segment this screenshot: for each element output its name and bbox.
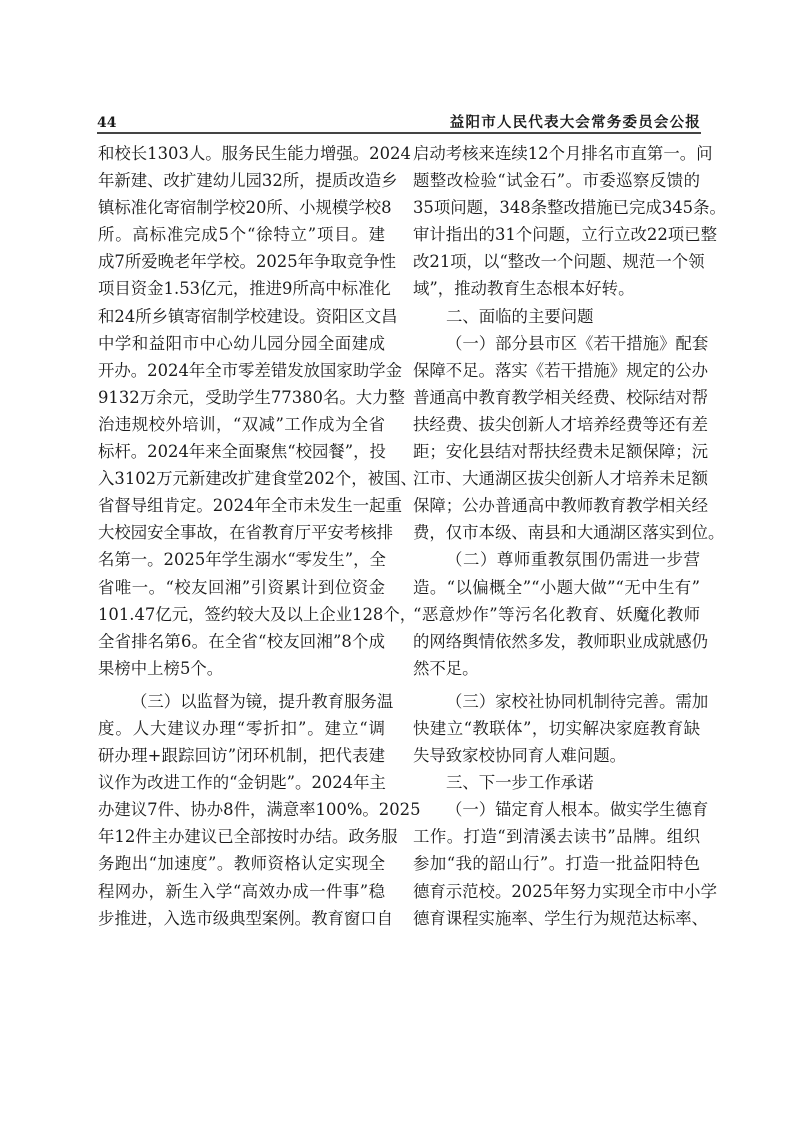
right-column: 启动考核来连续12个月排名市直第一。问 题整改检验“试金石”。市委巡察反馈的 3…: [413, 140, 700, 932]
text-line: 费，仅市本级、南县和大通湖区落实到位。: [413, 519, 700, 546]
text-line: 题整改检验“试金石”。市委巡察反馈的: [413, 167, 700, 194]
text-line: 所。高标准完成5个“徐特立”项目。建: [98, 221, 385, 248]
text-line: 大校园安全事故，在省教育厅平安考核排: [98, 519, 385, 546]
text-line: 镇标准化寄宿制学校20所、小规模学校8: [98, 194, 385, 221]
text-line: 失导致家校协同育人难问题。: [413, 742, 700, 769]
text-line: 9132万余元，受助学生77380名。大力整: [98, 384, 385, 411]
text-line: 域”，推动教育生态根本好转。: [413, 275, 700, 302]
text-line: 年新建、改扩建幼儿园32所，提质改造乡: [98, 167, 385, 194]
text-line: 议作为改进工作的“金钥匙”。2024年主: [98, 769, 385, 796]
text-line: 工作。打造“到清溪去读书”品牌。组织: [413, 823, 700, 850]
text-line: “恶意炒作”等污名化教育、妖魔化教师: [413, 601, 700, 628]
text-line: 度。人大建议办理“零折扣”。建立“调: [98, 715, 385, 742]
text-line: 保障；公办普通高中教师教育教学相关经: [413, 492, 700, 519]
journal-title: 益阳市人民代表大会常务委员会公报: [450, 114, 701, 132]
text-line: 入3102万元新建改扩建食堂202个，被国、: [98, 465, 385, 492]
text-line: 德育示范校。2025年努力实现全市中小学: [413, 878, 700, 905]
text-line: 扶经费、拔尖创新人才培养经费等还有差: [413, 411, 700, 438]
text-line: 办建议7件、协办8件，满意率100%。2025: [98, 796, 385, 823]
text-line: 研办理+跟踪回访”闭环机制，把代表建: [98, 742, 385, 769]
text-line: 江市、大通湖区拔尖创新人才培养未足额: [413, 465, 700, 492]
section-heading: 二、面临的主要问题: [413, 303, 700, 330]
text-line: 治违规校外培训，“双减”工作成为全省: [98, 411, 385, 438]
text-line: 成7所爱晚老年学校。2025年争取竞争性: [98, 248, 385, 275]
text-line: 标杆。2024年来全面聚焦“校园餐”，投: [98, 438, 385, 465]
text-line: 改21项，以“整改一个问题、规范一个领: [413, 248, 700, 275]
text-line: 年12件主办建议已全部按时办结。政务服: [98, 823, 385, 850]
text-line: 中学和益阳市中心幼儿园分园全面建成: [98, 330, 385, 357]
text-line: 和24所乡镇寄宿制学校建设。资阳区文昌: [98, 303, 385, 330]
header-rule: [97, 132, 701, 134]
text-line: 步推进，入选市级典型案例。教育窗口自: [98, 905, 385, 932]
text-line: 造。“以偏概全”“小题大做”“无中生有”: [413, 574, 700, 601]
text-line: 的网络舆情依然多发，教师职业成就感仍: [413, 628, 700, 655]
text-line: 快建立“教联体”，切实解决家庭教育缺: [413, 715, 700, 742]
subsection-title: （一）部分县市区《若干措施》配套: [413, 330, 700, 357]
section-title: （三）以监督为镜，提升教育服务温: [98, 688, 385, 715]
text-line: 和校长1303人。服务民生能力增强。2024: [98, 140, 385, 167]
text-line: 然不足。: [413, 655, 700, 682]
text-line: 启动考核来连续12个月排名市直第一。问: [413, 140, 700, 167]
subsection-title: （三）家校社协同机制待完善。需加: [413, 688, 700, 715]
text-line: 参加“我的韶山行”。打造一批益阳特色: [413, 850, 700, 877]
text-line: 省督导组肯定。2024年全市未发生一起重: [98, 492, 385, 519]
text-line: 距；安化县结对帮扶经费未足额保障；沅: [413, 438, 700, 465]
text-line: 务跑出“加速度”。教师资格认定实现全: [98, 850, 385, 877]
text-line: 审计指出的31个问题，立行立改22项已整: [413, 221, 700, 248]
text-line: 101.47亿元，签约较大及以上企业128个，: [98, 601, 385, 628]
text-line: 果榜中上榜5个。: [98, 655, 385, 682]
subsection-title: （一）锚定育人根本。做实学生德育: [413, 796, 700, 823]
text-line: 省唯一。“校友回湘”引资累计到位资金: [98, 574, 385, 601]
page-number: 44: [97, 114, 116, 132]
section-heading: 三、下一步工作承诺: [413, 769, 700, 796]
text-line: 德育课程实施率、学生行为规范达标率、: [413, 905, 700, 932]
text-line: 项目资金1.53亿元，推进9所高中标准化: [98, 275, 385, 302]
text-line: 35项问题，348条整改措施已完成345条。: [413, 194, 700, 221]
text-line: 普通高中教育教学相关经费、校际结对帮: [413, 384, 700, 411]
text-line: 全省排名第6。在全省“校友回湘”8个成: [98, 628, 385, 655]
subsection-title: （二）尊师重教氛围仍需进一步营: [413, 546, 700, 573]
text-line: 名第一。2025年学生溺水“零发生”，全: [98, 546, 385, 573]
text-line: 开办。2024年全市零差错发放国家助学金: [98, 357, 385, 384]
text-line: 程网办，新生入学“高效办成一件事”稳: [98, 878, 385, 905]
page-header: 44 益阳市人民代表大会常务委员会公报: [97, 114, 701, 132]
text-line: 保障不足。落实《若干措施》规定的公办: [413, 357, 700, 384]
left-column: 和校长1303人。服务民生能力增强。2024 年新建、改扩建幼儿园32所，提质改…: [98, 140, 385, 932]
